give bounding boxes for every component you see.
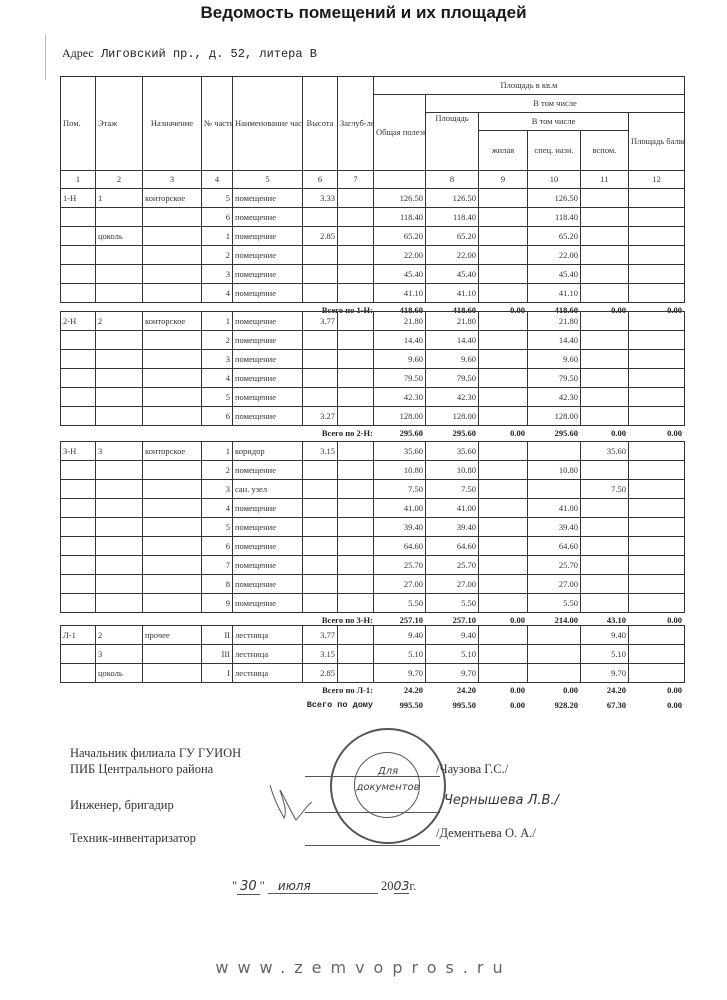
cell-name: лестница — [233, 664, 303, 683]
cell-zhil — [479, 556, 528, 575]
cell-spec — [528, 664, 581, 683]
signing-date: "30" июля 2003г. — [232, 878, 416, 894]
cell-name: помещение — [233, 407, 303, 426]
cell-num: I — [202, 664, 233, 683]
cell-nazn: прочее — [143, 626, 202, 645]
cell-spec: 45.40 — [528, 265, 581, 284]
header-etazh: Этаж — [96, 77, 143, 171]
cell-name: помещение — [233, 312, 303, 331]
cell-area: 35.60 — [426, 442, 479, 461]
date-month: июля — [268, 879, 378, 894]
section-table: 2-Н2конторское1помещение3.7721.8021.8021… — [60, 311, 685, 426]
cell-vsp — [581, 537, 629, 556]
cell-name: помещение — [233, 537, 303, 556]
cell-z — [338, 461, 374, 480]
total-total: 257.10 — [371, 615, 423, 625]
cell-vsp — [581, 575, 629, 594]
cell-z — [338, 312, 374, 331]
total-zhil: 0.00 — [476, 615, 525, 625]
cell-total: 9.40 — [374, 626, 426, 645]
cell-area: 39.40 — [426, 518, 479, 537]
table-row: 3помещение9.609.609.60 — [61, 350, 685, 369]
cell-spec: 41.00 — [528, 499, 581, 518]
cell-nazn — [143, 480, 202, 499]
cell-spec: 39.40 — [528, 518, 581, 537]
cell-total: 9.60 — [374, 350, 426, 369]
total-area: 295.60 — [423, 428, 476, 438]
section-table: 3-Н3конторское1коридор3.1535.6035.6035.6… — [60, 441, 685, 613]
cell-pom: 3-Н — [61, 442, 96, 461]
cell-area: 25.70 — [426, 556, 479, 575]
cell-name: помещение — [233, 208, 303, 227]
cell-area: 79.50 — [426, 369, 479, 388]
watermark: www.zemvopros.ru — [0, 958, 727, 977]
header-balkon: Площадь балконов, лоджий и т.п. — [629, 113, 685, 171]
cell-pom — [61, 284, 96, 303]
cell-total: 9.70 — [374, 664, 426, 683]
table-row: 4помещение79.5079.5079.50 — [61, 369, 685, 388]
section-total-row: Всего по 2-Н:295.60295.600.00295.600.000… — [0, 428, 727, 442]
cell-balk — [629, 442, 685, 461]
cell-balk — [629, 664, 685, 683]
cell-total: 14.40 — [374, 331, 426, 350]
column-number: 11 — [581, 171, 629, 189]
position-1-line1: Начальник филиала ГУ ГУИОН — [70, 745, 241, 761]
cell-nazn — [143, 499, 202, 518]
header-ploshad-group: Площадь в кв.м — [374, 77, 685, 95]
table-row: цоколь1помещение2.8565.2065.2065.20 — [61, 227, 685, 246]
cell-z — [338, 189, 374, 208]
cell-num: 1 — [202, 227, 233, 246]
cell-total: 42.30 — [374, 388, 426, 407]
table-row: 4помещение41.1041.1041.10 — [61, 284, 685, 303]
header-naznachenie: Назначение — [143, 77, 202, 171]
cell-h: 3.33 — [303, 189, 338, 208]
cell-total: 79.50 — [374, 369, 426, 388]
cell-h — [303, 461, 338, 480]
cell-nazn — [143, 407, 202, 426]
cell-total: 21.80 — [374, 312, 426, 331]
table-row: 2помещение14.4014.4014.40 — [61, 331, 685, 350]
total-area: 257.10 — [423, 615, 476, 625]
cell-vsp — [581, 594, 629, 613]
cell-pom — [61, 480, 96, 499]
cell-zhil — [479, 664, 528, 683]
cell-etazh: 3 — [96, 645, 143, 664]
cell-area: 45.40 — [426, 265, 479, 284]
table-row: Л-12прочееIIлестница3.779.409.409.40 — [61, 626, 685, 645]
cell-balk — [629, 537, 685, 556]
cell-area: 10.80 — [426, 461, 479, 480]
cell-h — [303, 556, 338, 575]
cell-h — [303, 265, 338, 284]
total-zhil: 0.00 — [476, 428, 525, 438]
cell-num: 5 — [202, 518, 233, 537]
grand-total-row: Всего по дому995.50995.500.00928.2067.30… — [0, 700, 727, 714]
cell-num: 5 — [202, 388, 233, 407]
cell-pom — [61, 265, 96, 284]
cell-zhil — [479, 331, 528, 350]
cell-num: 6 — [202, 208, 233, 227]
cell-pom — [61, 461, 96, 480]
cell-etazh — [96, 284, 143, 303]
cell-num: 2 — [202, 461, 233, 480]
cell-etazh — [96, 331, 143, 350]
cell-area: 7.50 — [426, 480, 479, 499]
cell-balk — [629, 331, 685, 350]
cell-z — [338, 331, 374, 350]
cell-pom — [61, 645, 96, 664]
cell-zhil — [479, 227, 528, 246]
cell-zhil — [479, 626, 528, 645]
cell-zhil — [479, 499, 528, 518]
cell-num: III — [202, 645, 233, 664]
cell-nazn — [143, 246, 202, 265]
header-ploshad: Площадь — [426, 113, 479, 171]
total-label: Всего по 2-Н: — [238, 428, 373, 438]
cell-nazn — [143, 461, 202, 480]
cell-etazh: 2 — [96, 626, 143, 645]
cell-vsp: 35.60 — [581, 442, 629, 461]
cell-h: 3.15 — [303, 645, 338, 664]
cell-h — [303, 518, 338, 537]
table-row: 7помещение25.7025.7025.70 — [61, 556, 685, 575]
cell-spec: 9.60 — [528, 350, 581, 369]
cell-total: 35.60 — [374, 442, 426, 461]
cell-pom — [61, 208, 96, 227]
table-row: 6помещение118.40118.40118.40 — [61, 208, 685, 227]
cell-area: 42.30 — [426, 388, 479, 407]
scan-artifact — [45, 35, 46, 80]
column-number: 6 — [303, 171, 338, 189]
cell-balk — [629, 388, 685, 407]
cell-zhil — [479, 388, 528, 407]
cell-vsp: 9.70 — [581, 664, 629, 683]
cell-zhil — [479, 284, 528, 303]
total-total: 995.50 — [371, 700, 423, 710]
cell-balk — [629, 645, 685, 664]
cell-total: 126.50 — [374, 189, 426, 208]
cell-total: 64.60 — [374, 537, 426, 556]
cell-nazn — [143, 227, 202, 246]
cell-etazh: 2 — [96, 312, 143, 331]
cell-nazn — [143, 518, 202, 537]
cell-etazh — [96, 265, 143, 284]
cell-pom — [61, 499, 96, 518]
header-nomer: № части — [202, 77, 233, 171]
cell-nazn — [143, 664, 202, 683]
cell-zhil — [479, 645, 528, 664]
cell-num: 6 — [202, 407, 233, 426]
date-year-unit: г. — [409, 879, 416, 893]
cell-pom — [61, 407, 96, 426]
cell-etazh — [96, 594, 143, 613]
cell-nazn: конторское — [143, 442, 202, 461]
cell-z — [338, 265, 374, 284]
cell-area: 22.00 — [426, 246, 479, 265]
cell-area: 5.10 — [426, 645, 479, 664]
total-total: 295.60 — [371, 428, 423, 438]
cell-z — [338, 518, 374, 537]
cell-vsp — [581, 331, 629, 350]
cell-zhil — [479, 461, 528, 480]
cell-vsp — [581, 208, 629, 227]
cell-balk — [629, 499, 685, 518]
cell-balk — [629, 594, 685, 613]
table-row: 6помещение3.27128.00128.00128.00 — [61, 407, 685, 426]
cell-pom — [61, 388, 96, 407]
cell-vsp — [581, 189, 629, 208]
cell-vsp: 5.10 — [581, 645, 629, 664]
cell-vsp — [581, 499, 629, 518]
cell-h — [303, 480, 338, 499]
cell-z — [338, 208, 374, 227]
cell-num: 7 — [202, 556, 233, 575]
cell-zhil — [479, 246, 528, 265]
cell-area: 41.00 — [426, 499, 479, 518]
cell-name: помещение — [233, 594, 303, 613]
table-row: 3сан. узел7.507.507.50 — [61, 480, 685, 499]
cell-etazh — [96, 480, 143, 499]
cell-vsp — [581, 369, 629, 388]
header-pom: Пом. — [61, 77, 96, 171]
cell-nazn — [143, 350, 202, 369]
total-balk: 0.00 — [626, 428, 682, 438]
date-year-prefix: 20 — [381, 879, 394, 893]
cell-balk — [629, 246, 685, 265]
total-balk: 0.00 — [626, 615, 682, 625]
cell-balk — [629, 284, 685, 303]
cell-zhil — [479, 189, 528, 208]
cell-zhil — [479, 518, 528, 537]
header-zhilaya: жилая — [479, 131, 528, 171]
stamp-text-1: Для — [332, 766, 444, 777]
cell-spec: 42.30 — [528, 388, 581, 407]
cell-nazn: конторское — [143, 189, 202, 208]
cell-pom — [61, 518, 96, 537]
cell-spec: 10.80 — [528, 461, 581, 480]
cell-balk — [629, 556, 685, 575]
column-number: 3 — [143, 171, 202, 189]
cell-pom — [61, 369, 96, 388]
header-obshaya: Общая полезная — [374, 95, 426, 171]
cell-balk — [629, 265, 685, 284]
cell-num: 6 — [202, 537, 233, 556]
cell-num: 2 — [202, 246, 233, 265]
cell-total: 41.00 — [374, 499, 426, 518]
cell-etazh: 1 — [96, 189, 143, 208]
table-row: 9помещение5.505.505.50 — [61, 594, 685, 613]
cell-h: 2.85 — [303, 664, 338, 683]
cell-area: 126.50 — [426, 189, 479, 208]
cell-spec — [528, 645, 581, 664]
cell-name: помещение — [233, 246, 303, 265]
cell-z — [338, 407, 374, 426]
total-vsp: 24.20 — [578, 685, 626, 695]
address: Адрес Лиговский пр., д. 52, литера В — [62, 46, 317, 61]
total-spec: 928.20 — [525, 700, 578, 710]
cell-nazn — [143, 575, 202, 594]
section-table: Л-12прочееIIлестница3.779.409.409.403III… — [60, 625, 685, 683]
cell-num: 1 — [202, 312, 233, 331]
cell-h — [303, 246, 338, 265]
cell-z — [338, 369, 374, 388]
cell-total: 41.10 — [374, 284, 426, 303]
table-row: 2-Н2конторское1помещение3.7721.8021.8021… — [61, 312, 685, 331]
cell-total: 7.50 — [374, 480, 426, 499]
cell-z — [338, 350, 374, 369]
cell-zhil — [479, 407, 528, 426]
cell-vsp — [581, 265, 629, 284]
cell-pom: 1-Н — [61, 189, 96, 208]
cell-spec — [528, 442, 581, 461]
cell-nazn — [143, 388, 202, 407]
cell-spec: 21.80 — [528, 312, 581, 331]
cell-name: помещение — [233, 331, 303, 350]
cell-etazh — [96, 369, 143, 388]
cell-vsp — [581, 284, 629, 303]
cell-num: 4 — [202, 284, 233, 303]
signatory-name-1: /Чаузова Г.С./ — [436, 761, 508, 777]
cell-vsp — [581, 312, 629, 331]
cell-spec: 79.50 — [528, 369, 581, 388]
cell-spec: 5.50 — [528, 594, 581, 613]
cell-etazh: цоколь — [96, 227, 143, 246]
cell-etazh — [96, 208, 143, 227]
cell-z — [338, 388, 374, 407]
cell-spec: 64.60 — [528, 537, 581, 556]
table-row: 1-Н1конторское5помещение3.33126.50126.50… — [61, 189, 685, 208]
total-vsp: 67.30 — [578, 700, 626, 710]
table-row: 2помещение22.0022.0022.00 — [61, 246, 685, 265]
header-zaglublenie: Заглуб-ление — [338, 77, 374, 171]
cell-spec: 128.00 — [528, 407, 581, 426]
cell-nazn: конторское — [143, 312, 202, 331]
total-area: 24.20 — [423, 685, 476, 695]
total-zhil: 0.00 — [476, 685, 525, 695]
cell-spec — [528, 626, 581, 645]
cell-etazh — [96, 350, 143, 369]
cell-spec: 14.40 — [528, 331, 581, 350]
cell-etazh — [96, 246, 143, 265]
cell-num: 3 — [202, 265, 233, 284]
table-row: 2помещение10.8010.8010.80 — [61, 461, 685, 480]
cell-total: 39.40 — [374, 518, 426, 537]
cell-total: 27.00 — [374, 575, 426, 594]
cell-balk — [629, 575, 685, 594]
cell-zhil — [479, 537, 528, 556]
address-value: Лиговский пр., д. 52, литера В — [101, 47, 317, 61]
cell-z — [338, 537, 374, 556]
address-label: Адрес — [62, 46, 94, 60]
cell-z — [338, 284, 374, 303]
cell-num: 8 — [202, 575, 233, 594]
cell-name: помещение — [233, 265, 303, 284]
cell-nazn — [143, 645, 202, 664]
section-table: 1-Н1конторское5помещение3.33126.50126.50… — [60, 188, 685, 303]
date-day: 30 — [237, 879, 260, 895]
header-v-tom-chisle-2: В том числе — [479, 113, 629, 131]
column-number: 5 — [233, 171, 303, 189]
cell-num: 1 — [202, 442, 233, 461]
cell-h — [303, 594, 338, 613]
cell-etazh — [96, 537, 143, 556]
cell-zhil — [479, 208, 528, 227]
cell-etazh: 3 — [96, 442, 143, 461]
signature-position-1: Начальник филиала ГУ ГУИОН ПИБ Центральн… — [70, 745, 241, 777]
cell-h: 2.85 — [303, 227, 338, 246]
cell-z — [338, 645, 374, 664]
cell-name: лестница — [233, 645, 303, 664]
cell-h: 3.27 — [303, 407, 338, 426]
column-number: 1 — [61, 171, 96, 189]
cell-zhil — [479, 480, 528, 499]
cell-nazn — [143, 537, 202, 556]
cell-z — [338, 556, 374, 575]
cell-balk — [629, 312, 685, 331]
cell-num: 4 — [202, 369, 233, 388]
cell-vsp: 9.40 — [581, 626, 629, 645]
cell-h — [303, 284, 338, 303]
cell-vsp — [581, 227, 629, 246]
cell-etazh — [96, 388, 143, 407]
cell-pom — [61, 537, 96, 556]
table-row: 8помещение27.0027.0027.00 — [61, 575, 685, 594]
cell-area: 9.40 — [426, 626, 479, 645]
cell-nazn — [143, 331, 202, 350]
header-vysota: Высота — [303, 77, 338, 171]
cell-area: 14.40 — [426, 331, 479, 350]
cell-pom — [61, 575, 96, 594]
cell-total: 5.10 — [374, 645, 426, 664]
cell-area: 64.60 — [426, 537, 479, 556]
cell-h — [303, 369, 338, 388]
cell-num: 3 — [202, 480, 233, 499]
cell-area: 21.80 — [426, 312, 479, 331]
column-number: 12 — [629, 171, 685, 189]
cell-pom — [61, 350, 96, 369]
cell-name: коридор — [233, 442, 303, 461]
cell-etazh — [96, 518, 143, 537]
total-total: 24.20 — [371, 685, 423, 695]
cell-h — [303, 350, 338, 369]
cell-name: помещение — [233, 284, 303, 303]
cell-num: 3 — [202, 350, 233, 369]
cell-balk — [629, 189, 685, 208]
header-spec: спец. назн. — [528, 131, 581, 171]
cell-total: 10.80 — [374, 461, 426, 480]
cell-etazh — [96, 575, 143, 594]
total-balk: 0.00 — [626, 700, 682, 710]
cell-pom — [61, 331, 96, 350]
table-row: 3IIIлестница3.155.105.105.10 — [61, 645, 685, 664]
cell-pom — [61, 594, 96, 613]
cell-etazh — [96, 461, 143, 480]
cell-h — [303, 331, 338, 350]
cell-pom — [61, 664, 96, 683]
cell-zhil — [479, 265, 528, 284]
total-spec: 214.00 — [525, 615, 578, 625]
date-year-suffix: 03 — [394, 878, 410, 894]
cell-z — [338, 246, 374, 265]
cell-zhil — [479, 312, 528, 331]
cell-total: 128.00 — [374, 407, 426, 426]
cell-name: помещение — [233, 556, 303, 575]
table-row: 5помещение42.3042.3042.30 — [61, 388, 685, 407]
stamp-text-2: документов — [332, 782, 444, 793]
cell-num: 5 — [202, 189, 233, 208]
cell-nazn — [143, 265, 202, 284]
